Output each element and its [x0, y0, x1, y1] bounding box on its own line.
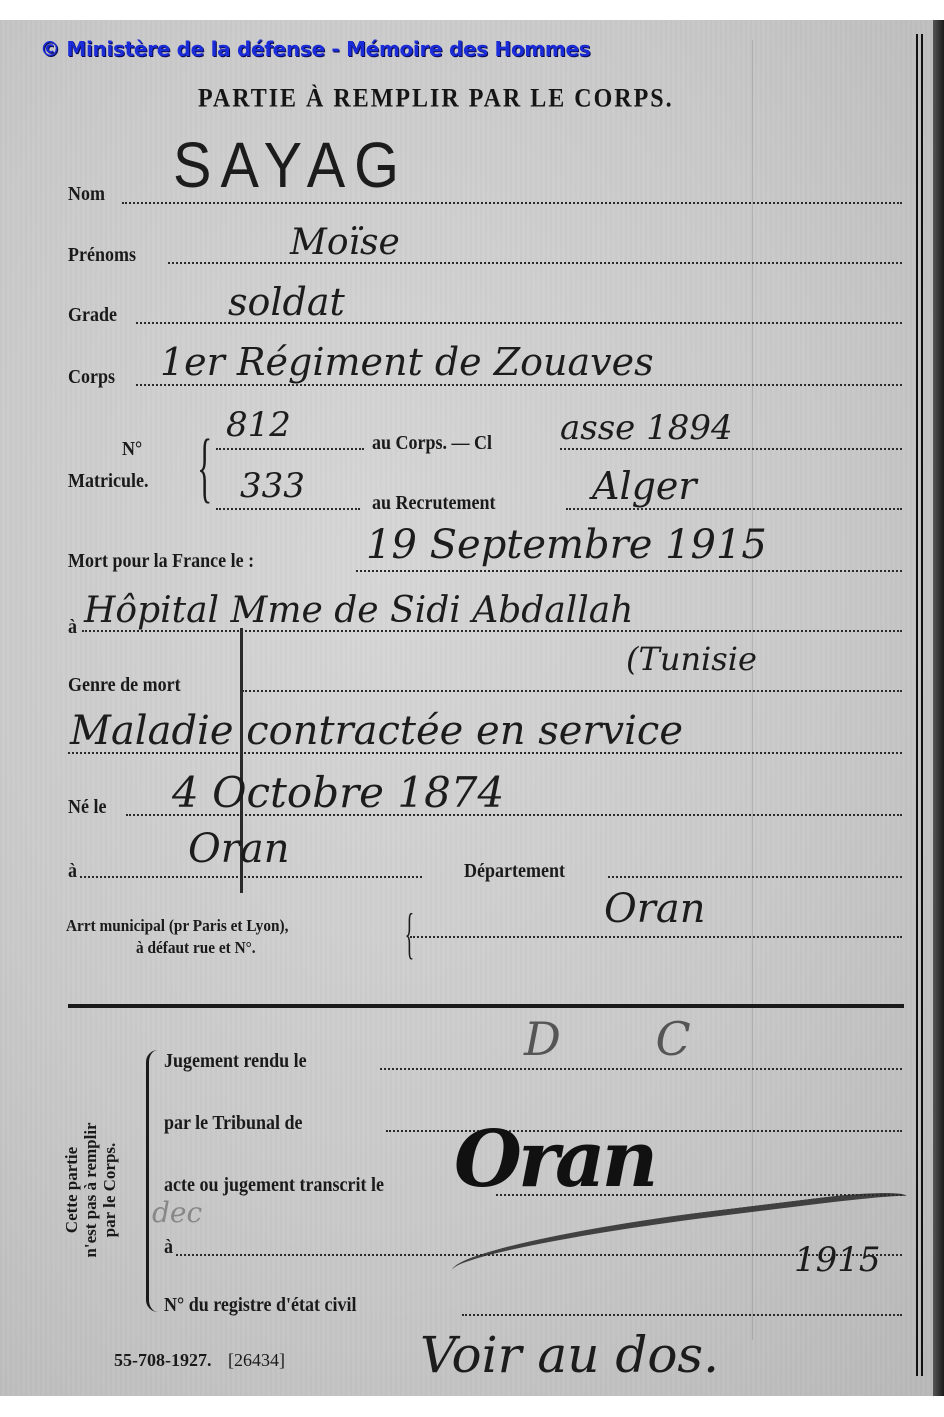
nom-line: [122, 202, 902, 204]
a-value: 1915: [794, 1240, 881, 1280]
scan-edge-shadow: [933, 20, 944, 1396]
corps-label: Corps: [68, 366, 115, 389]
genre-mort-line: [242, 690, 902, 692]
right-border-line: [916, 34, 918, 1376]
matricule-label: Matricule.: [68, 470, 148, 493]
registre-line: [462, 1314, 902, 1316]
matricule-recrutement-line: [216, 508, 360, 510]
genre-mort-value: Maladie contractée en service: [70, 708, 683, 754]
side-note-line-2: n'est pas à remplir: [81, 1090, 100, 1290]
acte-label: acte ou jugement transcrit le: [164, 1174, 384, 1197]
side-note-line-1: Cette partie: [62, 1090, 81, 1290]
right-border-line-inner: [921, 34, 923, 1376]
prenoms-label: Prénoms: [68, 244, 136, 267]
ne-le-value: 4 Octobre 1874: [172, 768, 504, 817]
jugement-value: D C: [524, 1012, 731, 1066]
mort-label: Mort pour la France le :: [68, 550, 254, 573]
ne-a-value: Oran: [188, 826, 290, 872]
side-note-line-3: par le Corps.: [100, 1090, 119, 1290]
jugement-label: Jugement rendu le: [164, 1050, 307, 1073]
prenoms-line: [168, 262, 902, 264]
corps-line: [136, 384, 902, 386]
matricule-corps-value: 812: [226, 405, 291, 445]
matricule-brace: {: [197, 428, 212, 506]
jugement-line: [380, 1068, 902, 1070]
nom-value: SAYAG: [173, 128, 408, 202]
form-title: PARTIE À REMPLIR PAR LE CORPS.: [198, 85, 674, 115]
copyright-watermark: © Ministère de la défense - Mémoire des …: [40, 37, 590, 61]
form-code-number: 55-708-1927.: [114, 1350, 212, 1370]
recrutement-label: au Recrutement: [372, 492, 495, 515]
departement-value: Oran: [604, 886, 706, 932]
recrutement-line: [566, 508, 902, 510]
departement-line: [608, 876, 902, 878]
side-note: Cette partie n'est pas à remplir par le …: [62, 1090, 119, 1290]
form-ref: [26434]: [228, 1350, 285, 1370]
ne-a-line: [80, 876, 422, 878]
recrutement-place-value: Alger: [592, 464, 697, 508]
ne-a-label: à: [68, 860, 77, 883]
genre-mort-label: Genre de mort: [68, 674, 181, 697]
section2-brace: [146, 1050, 165, 1312]
mort-value: 19 Septembre 1915: [366, 522, 767, 568]
footer-note: Voir au dos.: [420, 1326, 719, 1384]
section-divider: [68, 1004, 904, 1008]
classe-value: asse 1894: [560, 408, 733, 448]
lieu-mort-value: Hôpital Mme de Sidi Abdallah: [84, 590, 633, 631]
prenoms-value: Moïse: [290, 222, 400, 263]
tribunal-label: par le Tribunal de: [164, 1112, 303, 1135]
arr-municipal-label: Arrt municipal (pr Paris et Lyon),: [66, 916, 288, 936]
ne-le-label: Né le: [68, 796, 106, 819]
arr-municipal-brace: {: [405, 906, 414, 962]
lieu-mort-label: à: [68, 616, 77, 639]
grade-label: Grade: [68, 304, 117, 327]
arr-municipal-label-2: à défaut rue et N°.: [136, 938, 256, 958]
tribunal-value: Oran: [454, 1114, 654, 1205]
matricule-corps-line: [216, 448, 364, 450]
registre-label: N° du registre d'état civil: [164, 1294, 357, 1317]
a-label: à: [164, 1236, 173, 1259]
departement-label: Département: [464, 860, 565, 883]
matricule-corps-label: au Corps. — Cl: [372, 432, 492, 455]
form-code: 55-708-1927. [26434]: [114, 1350, 285, 1371]
corps-value: 1er Régiment de Zouaves: [160, 340, 654, 384]
classe-line: [560, 448, 902, 450]
arr-municipal-line: [410, 936, 902, 938]
mort-line: [356, 570, 902, 572]
lieu-mort-value-line2: (Tunisie: [626, 640, 757, 678]
matricule-no-label: N°: [122, 438, 142, 461]
grade-value: soldat: [228, 280, 345, 324]
acte-pencil-note: dec: [152, 1196, 202, 1229]
matricule-recrutement-value: 333: [240, 466, 305, 506]
nom-label: Nom: [68, 183, 105, 206]
